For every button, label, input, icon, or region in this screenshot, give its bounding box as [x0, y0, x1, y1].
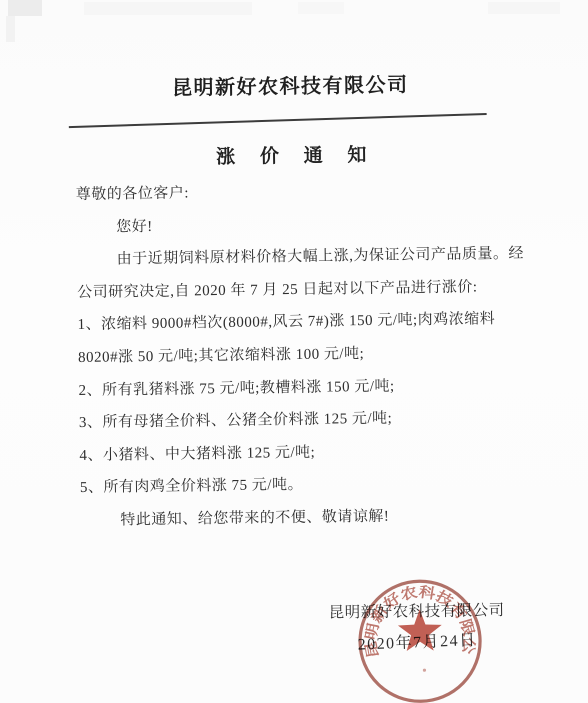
document-page: 昆明新好农科技有限公司 涨 价 通 知 尊敬的各位客户: 您好! 由于近期饲料原… [0, 0, 588, 703]
list-item-1-line-1: 1、浓缩料 9000#档次(8000#,风云 7#)涨 150 元/吨;肉鸡浓缩… [77, 303, 547, 342]
closing-line: 特此通知、给您带来的不便、敬请谅解! [80, 498, 550, 537]
seal-star [398, 609, 442, 651]
notice-text: 尊敬的各位客户: 您好! 由于近期饲料原材料价格大幅上涨,为保证公司产品质量。经… [76, 172, 551, 537]
seal-ring-text: 昆明新好农科技有限公司 [353, 574, 478, 659]
seal-mark [423, 669, 426, 672]
svg-text:昆明新好农科技有限公司: 昆明新好农科技有限公司 [353, 574, 478, 659]
page-title: 涨 价 通 知 [0, 137, 585, 172]
company-seal-stamp: 昆明新好农科技有限公司 [353, 574, 487, 703]
seal-graphic: 昆明新好农科技有限公司 [353, 574, 487, 703]
company-header: 昆明新好农科技有限公司 [0, 66, 584, 103]
header-divider [69, 113, 487, 128]
document-body: 昆明新好农科技有限公司 涨 价 通 知 尊敬的各位客户: 您好! 由于近期饲料原… [0, 0, 588, 703]
